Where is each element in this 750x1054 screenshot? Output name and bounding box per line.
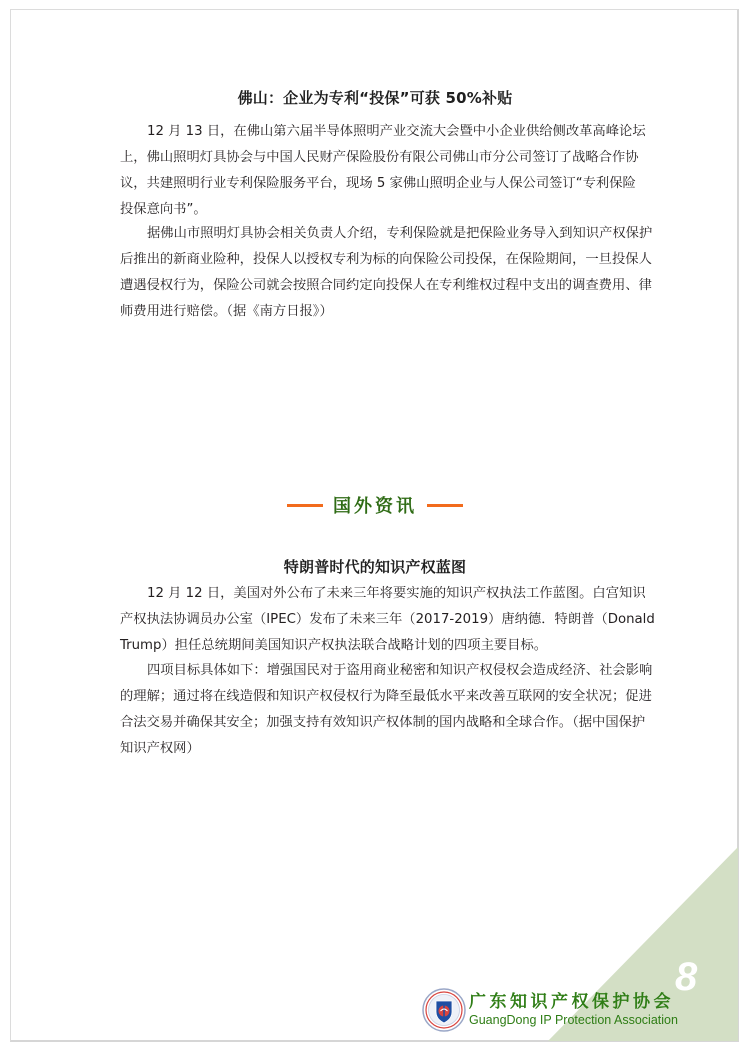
text-line: 遭遇侵权行为，保险公司就会按照合同约定向投保人在专利维权过程中支出的调查费用、律 — [120, 273, 640, 299]
page-number: 8 — [675, 955, 697, 1000]
section-rule-left — [287, 504, 323, 507]
section-title: 国外资讯 — [333, 492, 417, 518]
text-line: 12 月 13 日，在佛山第六届半导体照明产业交流大会暨中小企业供给侧改革高峰论… — [120, 119, 640, 145]
text-line: 后推出的新商业险种，投保人以授权专利为标的向保险公司投保，在保险期间，一旦投保人 — [120, 247, 640, 273]
section-rule-right — [427, 504, 463, 507]
text-line: 投保意向书”。 — [120, 197, 640, 223]
text-line: 12 月 12 日，美国对外公布了未来三年将要实施的知识产权执法工作蓝图。白宫知… — [120, 581, 640, 607]
article1-paragraph-1: 12 月 13 日，在佛山第六届半导体照明产业交流大会暨中小企业供给侧改革高峰论… — [120, 119, 640, 223]
text-line: 上，佛山照明灯具协会与中国人民财产保险股份有限公司佛山市分公司签订了战略合作协 — [120, 145, 640, 171]
text-line: 知识产权网） — [120, 736, 640, 762]
text-line: 据佛山市照明灯具协会相关负责人介绍，专利保险就是把保险业务导入到知识产权保护 — [120, 221, 640, 247]
text-line: 议，共建照明行业专利保险服务平台，现场 5 家佛山照明企业与人保公司签订“专利保… — [120, 171, 640, 197]
footer-org-name-cn: 广东知识产权保护协会 — [469, 987, 674, 1012]
text-line: 师费用进行赔偿。（据《南方日报》） — [120, 299, 640, 325]
article2-paragraph-2: 四项目标具体如下：增强国民对于盗用商业秘密和知识产权侵权会造成经济、社会影响 的… — [120, 658, 640, 762]
article-title-trump-ip: 特朗普时代的知识产权蓝图 — [0, 556, 750, 577]
footer-org-name-en: GuangDong IP Protection Association — [469, 1013, 678, 1027]
article2-paragraph-1: 12 月 12 日，美国对外公布了未来三年将要实施的知识产权执法工作蓝图。白宫知… — [120, 581, 640, 659]
text-line: 合法交易并确保其安全；加强支持有效知识产权体制的国内战略和全球合作。（据中国保护 — [120, 710, 640, 736]
section-header-foreign-news: 国外资讯 — [0, 492, 750, 518]
article1-paragraph-2: 据佛山市照明灯具协会相关负责人介绍，专利保险就是把保险业务导入到知识产权保护 后… — [120, 221, 640, 325]
text-line: 的理解；通过将在线造假和知识产权侵权行为降至最低水平来改善互联网的安全状况；促进 — [120, 684, 640, 710]
association-emblem-icon — [422, 988, 466, 1032]
article-title-foshan: 佛山：企业为专利“投保”可获 50%补贴 — [0, 87, 750, 108]
text-line: Trump）担任总统期间美国知识产权执法联合战略计划的四项主要目标。 — [120, 633, 640, 659]
text-line: 四项目标具体如下：增强国民对于盗用商业秘密和知识产权侵权会造成经济、社会影响 — [120, 658, 640, 684]
text-line: 产权执法协调员办公室（IPEC）发布了未来三年（2017-2019）唐纳德．特朗… — [120, 607, 640, 633]
